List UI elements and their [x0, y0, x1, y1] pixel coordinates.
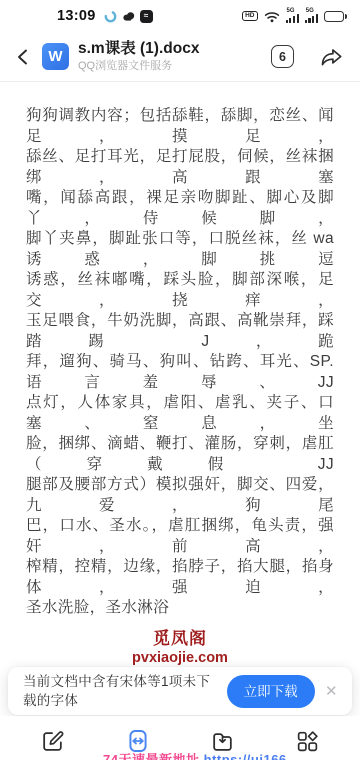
marquee-pink-text: 74天速最新地址 [103, 753, 199, 760]
status-left-icons: ≈ [104, 10, 153, 23]
watermark: 觅凤阁 pvxiaojie.com [0, 628, 360, 668]
back-chevron-icon [14, 47, 34, 67]
share-button[interactable] [316, 42, 346, 72]
doc-line: 圣水洗脸，圣水淋浴 [26, 598, 334, 619]
download-font-button[interactable]: 立即下载 [227, 675, 315, 708]
status-bar: 13:09 ≈ HD 5G 5G [0, 0, 360, 32]
clock: 13:09 [57, 8, 96, 24]
doc-line: 腿部及腰部方式）模拟强奸，脚交、四爱，九爱，狗尾 [26, 475, 334, 516]
hd-badge: HD [242, 11, 257, 22]
doc-line: 舔丝、足打耳光，足打屁股，伺候，丝袜捆绑，高跟塞 [26, 147, 334, 188]
doc-line: 诱惑，丝袜嘟嘴，踩头脸，脚部深喉，足交，挠痒， [26, 270, 334, 311]
doc-line: 拜，遛狗、骑马、狗叫、钻跨、耳光、SP.语言羞辱、JJ [26, 352, 334, 393]
file-service-label: QQ浏览器文件服务 [78, 59, 271, 73]
doc-line: 点灯，人体家具，虐阳、虐乳、夹子、口塞、窒息，坐 [26, 393, 334, 434]
toast-message: 当前文档中含有宋体等1项未下载的字体 [23, 672, 219, 710]
fit-width-icon [125, 728, 151, 754]
watermark-title: 觅凤阁 [0, 628, 360, 649]
capcut-icon: ≈ [140, 10, 153, 23]
marquee-blue-text: https://ui166 [204, 753, 287, 760]
apps-grid-icon [295, 729, 320, 754]
save-download-icon [210, 729, 235, 754]
back-button[interactable] [14, 41, 38, 73]
phone-screen: 13:09 ≈ HD 5G 5G [0, 0, 360, 760]
doc-line: 玉足喂食，牛奶洗脚，高跟、高靴崇拜，踩踏踢 J，跪 [26, 311, 334, 352]
doc-line: 脸，捆绑、滴蜡、鞭打、灌肠，穿刺，虐肛（穿戴假 JJ [26, 434, 334, 475]
file-meta: s.m课表 (1).docx QQ浏览器文件服务 [78, 40, 271, 73]
watermark-url: pvxiaojie.com [0, 649, 360, 668]
edit-icon [40, 729, 65, 754]
signal-icon-1: 5G [286, 9, 299, 23]
wifi-icon [264, 10, 280, 23]
doc-line: 巴，口水、圣水。，虐肛捆绑，龟头责，强奸，前高， [26, 516, 334, 557]
document-content: 狗狗调教内容；包括舔鞋，舔脚，恋丝、闻足，摸足， 舔丝、足打耳光，足打屁股，伺候… [0, 100, 360, 619]
file-title: s.m课表 (1).docx [78, 40, 271, 58]
doc-line: 榨精，控精，边缘，掐脖子，掐大腿，掐身体，强迫， [26, 557, 334, 598]
toast-close-button[interactable]: ✕ [319, 678, 344, 704]
status-right-icons: HD 5G 5G [242, 9, 347, 23]
battery-icon [324, 11, 347, 22]
doc-line: 狗狗调教内容；包括舔鞋，舔脚，恋丝、闻足，摸足， [26, 106, 334, 147]
tab-count-badge[interactable]: 6 [271, 45, 294, 68]
signal-icon-2: 5G [305, 9, 318, 23]
doc-line: 脚丫夹鼻，脚趾张口等，口脱丝袜，丝 wa 诱惑，脚挑逗 [26, 229, 334, 270]
doc-line: 嘴，闻舔高跟，裸足亲吻脚趾、脚心及脚丫，侍候脚， [26, 188, 334, 229]
share-forward-icon [319, 45, 344, 69]
bottom-marquee: 74天速最新地址 https://ui166 [0, 753, 360, 760]
loading-circle-icon [104, 10, 117, 23]
cloud-icon [122, 10, 135, 22]
font-download-toast: 当前文档中含有宋体等1项未下载的字体 立即下载 ✕ [8, 667, 352, 715]
document-header: W s.m课表 (1).docx QQ浏览器文件服务 6 [0, 32, 360, 82]
word-file-icon: W [42, 43, 69, 70]
